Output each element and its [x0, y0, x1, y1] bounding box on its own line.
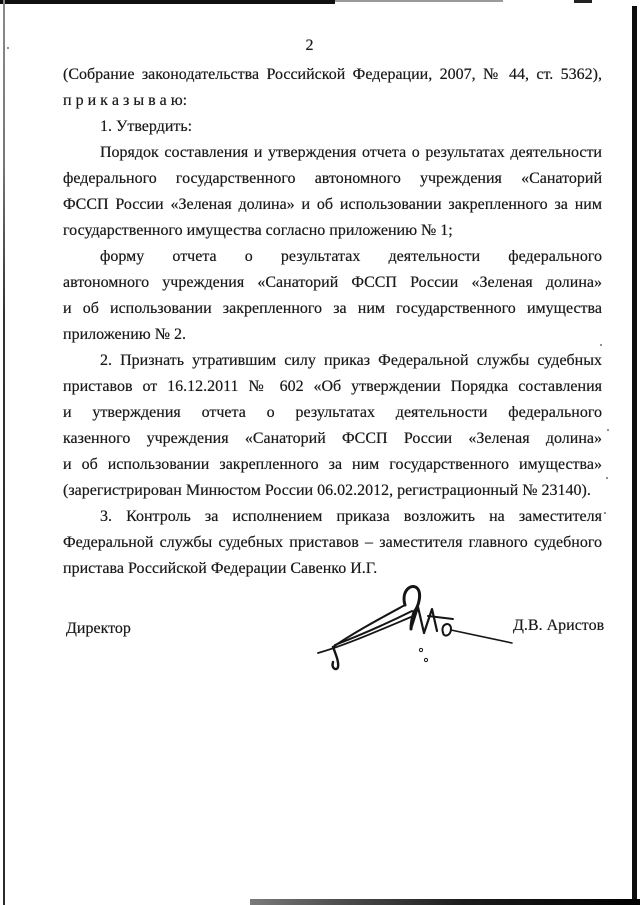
scan-speck: [606, 477, 608, 479]
scan-artifact-top-dash: [574, 0, 592, 3]
text-line: и утверждения отчета о результатах деяте…: [63, 400, 602, 426]
text-line: приложению № 2.: [63, 322, 602, 348]
text-line: (зарегистрирован Минюстом России 06.02.2…: [63, 478, 602, 504]
text-line: приставов от 16.12.2011 № 602 «Об утверж…: [63, 374, 602, 400]
paragraph: форму отчета о результатах деятельности …: [63, 244, 602, 348]
text-line: пристава Российской Федерации Савенко И.…: [63, 556, 602, 582]
paragraph: (Собрание законодательства Российской Фе…: [63, 62, 602, 114]
text-line: ФССП России «Зеленая долина» и об исполь…: [63, 192, 602, 218]
signatory-name: Д.В. Аристов: [513, 617, 604, 635]
document-page: 2 (Собрание законодательства Российской …: [0, 0, 640, 905]
scan-speck: [607, 429, 609, 431]
page-number: 2: [63, 36, 602, 56]
scan-artifact-top-gray: [335, 0, 503, 2]
paragraph: 1. Утвердить:: [63, 114, 602, 140]
document-body: (Собрание законодательства Российской Фе…: [63, 62, 602, 582]
text-line: форму отчета о результатах деятельности …: [63, 244, 602, 270]
handwritten-signature-icon: [313, 583, 518, 673]
text-line: п р и к а з ы в а ю:: [63, 88, 602, 114]
document-content: 2 (Собрание законодательства Российской …: [63, 36, 602, 582]
paragraph: 3. Контроль за исполнением приказа возло…: [63, 504, 602, 582]
scan-artifact-top: [0, 0, 335, 4]
text-line: и об использовании закрепленного за ним …: [63, 296, 602, 322]
signatory-title: Директор: [66, 620, 131, 638]
scan-artifact-right: [632, 6, 637, 905]
scan-speck: [604, 512, 606, 514]
text-line: Порядок составления и утверждения отчета…: [63, 140, 602, 166]
text-line: (Собрание законодательства Российской Фе…: [63, 62, 602, 88]
text-line: и об использовании закрепленного за ним …: [63, 452, 602, 478]
paragraph: 2. Признать утратившим силу приказ Федер…: [63, 348, 602, 504]
text-line: 3. Контроль за исполнением приказа возло…: [63, 504, 602, 530]
paragraph: Порядок составления и утверждения отчета…: [63, 140, 602, 244]
text-line: 2. Признать утратившим силу приказ Федер…: [63, 348, 602, 374]
scan-speck: [7, 47, 9, 49]
text-line: автономного учреждения «Санаторий ФССП Р…: [63, 270, 602, 296]
text-line: 1. Утвердить:: [63, 114, 602, 140]
scan-artifact-bottom: [250, 899, 640, 905]
text-line: федерального государственного автономног…: [63, 166, 602, 192]
scan-artifact-left: [3, 0, 5, 905]
text-line: государственного имущества согласно прил…: [63, 218, 602, 244]
text-line: казенного учреждения «Санаторий ФССП Рос…: [63, 426, 602, 452]
text-line: Федеральной службы судебных приставов – …: [63, 530, 602, 556]
